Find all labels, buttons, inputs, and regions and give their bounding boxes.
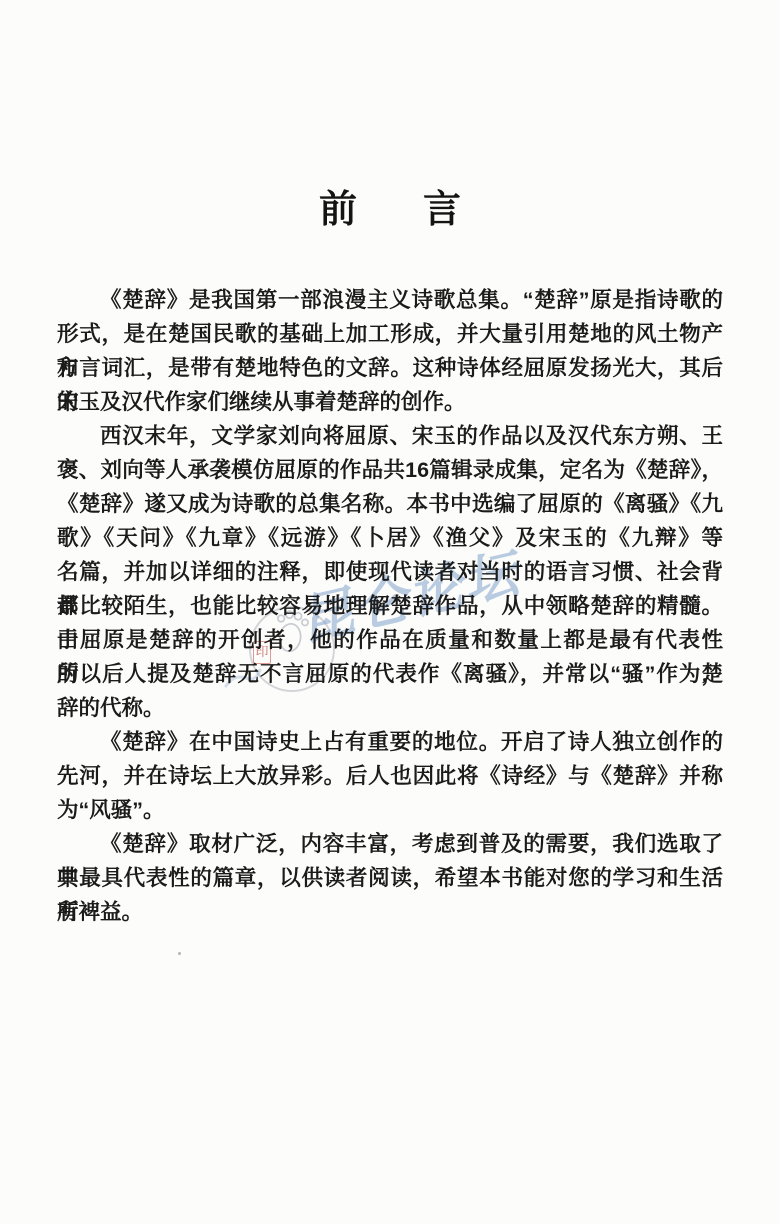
text-line: 《楚辞》在中国诗史上占有重要的地位。开启了诗人独立创作的 — [57, 725, 723, 759]
text-line: 《楚辞》遂又成为诗歌的总集名称。本书中选编了屈原的《离骚》《九 — [57, 487, 723, 521]
text-line: 于屈原是楚辞的开创者，他的作品在质量和数量上都是最有代表性的， — [57, 623, 723, 657]
page-title: 前 言 — [0, 178, 780, 233]
text-line: 为“风骚”。 — [57, 793, 723, 827]
text-line: 都比较陌生，也能比较容易地理解楚辞作品，从中领略楚辞的精髓。由 — [57, 589, 723, 623]
text-line: 西汉末年，文学家刘向将屈原、宋玉的作品以及汉代东方朔、王 — [57, 419, 723, 453]
scan-speck — [178, 952, 181, 955]
text-line: 先河，并在诗坛上大放异彩。后人也因此将《诗经》与《楚辞》并称 — [57, 759, 723, 793]
text-line: 所裨益。 — [57, 895, 723, 929]
text-line: 宋玉及汉代作家们继续从事着楚辞的创作。 — [57, 385, 723, 419]
text-line: 所以后人提及楚辞无不言屈原的代表作《离骚》，并常以“骚”作为楚 — [57, 657, 723, 691]
text-line: 歌》《天问》《九章》《远游》《卜居》《渔父》及宋玉的《九辩》等 — [57, 521, 723, 555]
text-line: 《楚辞》是我国第一部浪漫主义诗歌总集。“楚辞”原是指诗歌的 — [57, 283, 723, 317]
text-line: 《楚辞》取材广泛，内容丰富，考虑到普及的需要，我们选取了其 — [57, 827, 723, 861]
text-line: 名篇，并加以详细的注释，即使现代读者对当时的语言习惯、社会背景 — [57, 555, 723, 589]
text-line: 褒、刘向等人承袭模仿屈原的作品共16篇辑录成集，定名为《楚辞》， — [57, 453, 723, 487]
text-line: 方言词汇，是带有楚地特色的文辞。这种诗体经屈原发扬光大，其后的 — [57, 351, 723, 385]
preface-text: 《楚辞》是我国第一部浪漫主义诗歌总集。“楚辞”原是指诗歌的形式，是在楚国民歌的基… — [57, 283, 723, 929]
text-line: 中最具代表性的篇章，以供读者阅读，希望本书能对您的学习和生活有 — [57, 861, 723, 895]
book-page: 前 言 印 昆仑论坛 《楚辞》是我国第一部浪漫主义诗歌总集。“楚辞”原是指诗歌的… — [0, 0, 780, 1224]
text-line: 形式，是在楚国民歌的基础上加工形成，并大量引用楚地的风土物产和 — [57, 317, 723, 351]
text-line: 辞的代称。 — [57, 691, 723, 725]
